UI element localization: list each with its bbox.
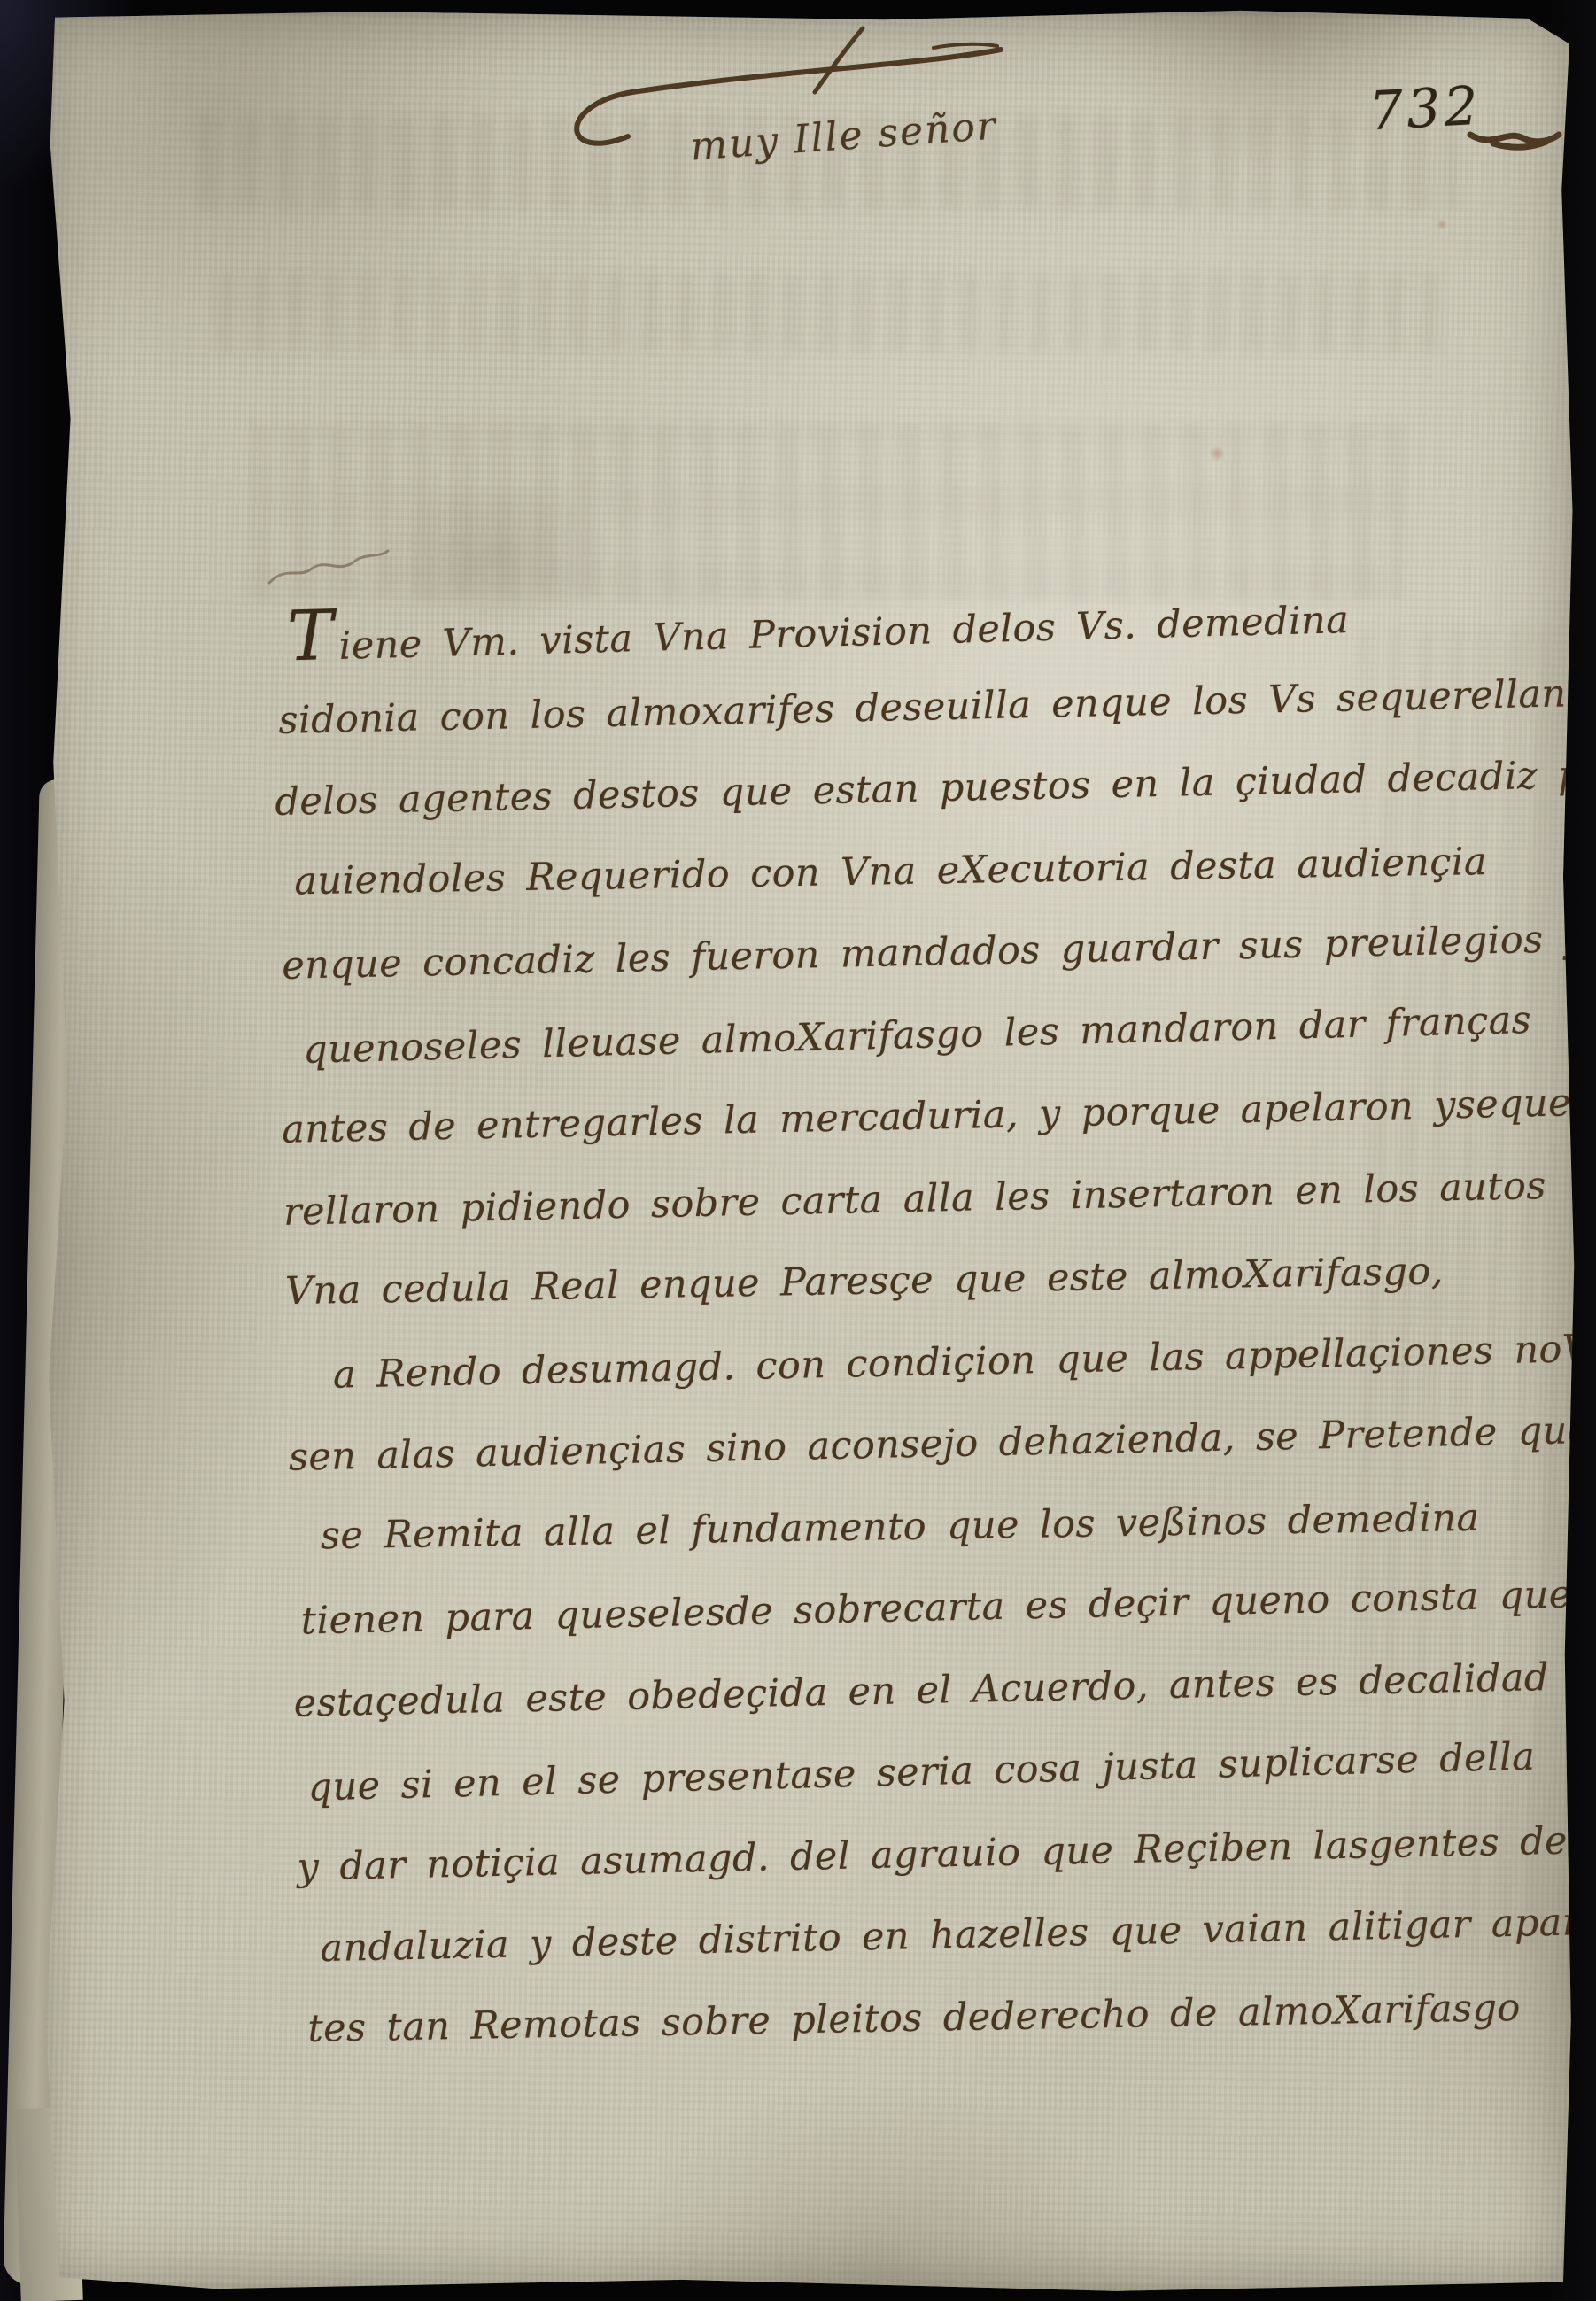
bleedthrough-text: [252, 423, 1403, 600]
paper-sheet: muy Ille señor 732 Tiene Vm. vista Vna P…: [30, 7, 1582, 2296]
manuscript-scan: muy Ille señor 732 Tiene Vm. vista Vna P…: [0, 0, 1596, 2301]
marginal-scribble: [262, 538, 395, 600]
salutation: muy Ille señor: [689, 98, 1064, 169]
letter-body: Tiene Vm. vista Vna Provision delos Vs. …: [271, 589, 1596, 2091]
bleedthrough-text: [216, 273, 1438, 353]
folio-number: 732: [1367, 75, 1483, 143]
